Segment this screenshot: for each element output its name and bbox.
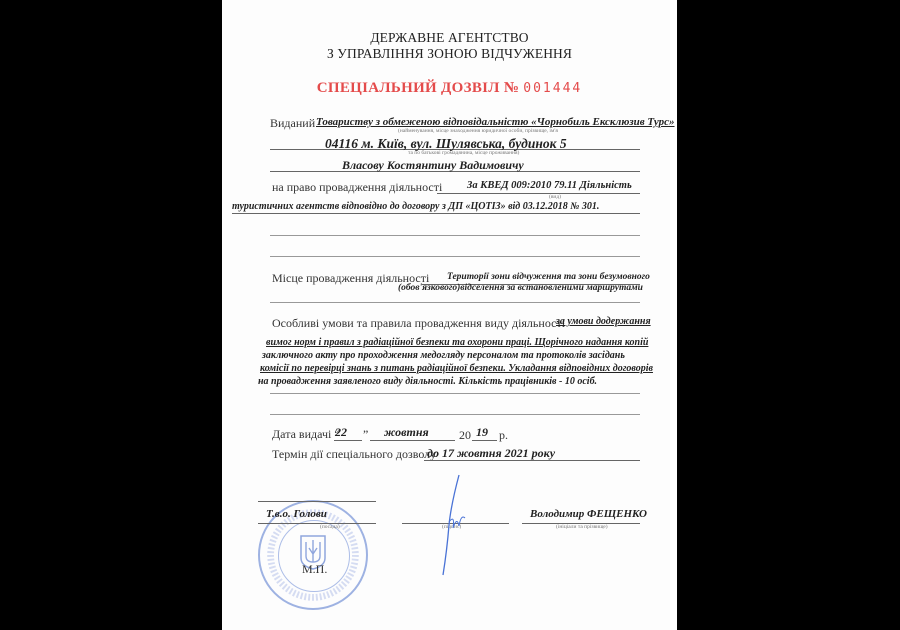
position-caption: (посада) xyxy=(320,524,340,530)
name-caption: (ініціали та прізвище) xyxy=(556,524,608,530)
activity-line-1 xyxy=(437,193,640,194)
permit-document: ДЕРЖАВНЕ АГЕНТСТВО З УПРАВЛІННЯ ЗОНОЮ ВІ… xyxy=(222,0,677,630)
issue-date-label-text: Дата видачі xyxy=(272,427,331,441)
validity-label: Термін дії спеціального дозволу xyxy=(272,447,436,462)
location-value-line1: Території зони відчуження та зони безумо… xyxy=(447,272,650,282)
issue-year-suffix: 19 xyxy=(476,425,488,440)
conditions-value-line4: комісії по перевірці знань з питань раді… xyxy=(260,363,653,374)
issued-to-organization: Товариству з обмеженою відповідальністю … xyxy=(316,116,675,128)
issue-month-line xyxy=(370,440,455,441)
issued-to-caption-1: (найменування, місце знаходження юридичн… xyxy=(398,128,558,134)
validity-value: до 17 жовтня 2021 року xyxy=(427,446,555,461)
activity-line-2 xyxy=(232,213,640,214)
conditions-label: Особливі умови та правила провадження ви… xyxy=(272,316,565,331)
conditions-line-2 xyxy=(270,414,640,415)
signer-position: Т.в.о. Голови xyxy=(266,508,327,520)
issue-year-line xyxy=(472,440,497,441)
issue-month: жовтня xyxy=(384,425,429,440)
issue-day: 22 xyxy=(335,425,347,440)
handwritten-signature-icon xyxy=(437,470,477,580)
issue-day-line xyxy=(334,440,362,441)
location-line-2 xyxy=(270,302,640,303)
issue-year-abbr: р. xyxy=(499,428,508,443)
position-line xyxy=(258,523,376,524)
activity-value-line1: За КВЕД 009:2010 79.11 Діяльність xyxy=(467,180,632,191)
conditions-value-line3: заключного акту про проходження медогляд… xyxy=(262,350,625,361)
conditions-value-line1: за умови додержання xyxy=(556,316,651,327)
permit-number: 001444 xyxy=(523,81,582,96)
close-quote: ” xyxy=(363,427,368,442)
activity-line-4 xyxy=(270,256,640,257)
activity-value-line2: туристичних агентств відповідно до догов… xyxy=(232,201,599,212)
conditions-value-line5: на провадження заявленого виду діяльност… xyxy=(258,376,597,387)
activity-label: на право провадження діяльності xyxy=(272,180,442,195)
position-top-line xyxy=(258,501,376,502)
conditions-line-1 xyxy=(270,393,640,394)
issued-to-label: Виданий xyxy=(270,116,315,131)
conditions-value-line2: вимог норм і правил з радіаційної безпек… xyxy=(266,337,648,348)
signer-name: Володимир ФЕЩЕНКО xyxy=(530,508,647,520)
issue-year-prefix: 20 xyxy=(459,428,471,443)
agency-name-line1: ДЕРЖАВНЕ АГЕНТСТВО xyxy=(222,30,677,46)
location-value-line2: (обов'язкового)відселення за встановлени… xyxy=(398,283,643,293)
issue-date-label: Дата видачі “ xyxy=(272,427,340,442)
issued-to-person: Власову Костянтину Вадимовичу xyxy=(342,158,524,173)
seal-mark: М.П. xyxy=(302,562,327,577)
issued-to-caption-2: та по батькові громадянина, місце прожив… xyxy=(408,150,519,156)
permit-title: СПЕЦІАЛЬНИЙ ДОЗВІЛ № 001444 xyxy=(222,80,677,97)
agency-name-line2: З УПРАВЛІННЯ ЗОНОЮ ВІДЧУЖЕННЯ xyxy=(222,46,677,62)
permit-title-text: СПЕЦІАЛЬНИЙ ДОЗВІЛ № xyxy=(317,80,519,96)
activity-caption: (вид) xyxy=(549,194,561,200)
activity-line-3 xyxy=(270,235,640,236)
